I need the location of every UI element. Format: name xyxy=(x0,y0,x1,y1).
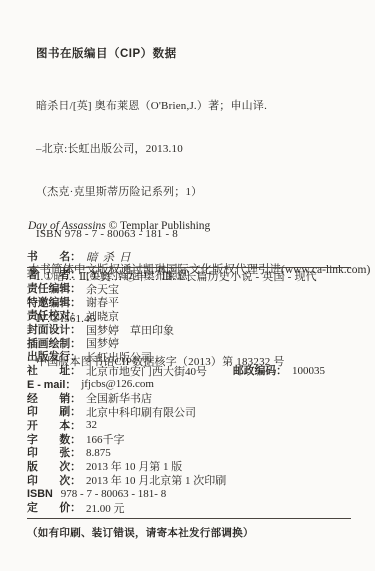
detail-label: 定 价： xyxy=(27,500,81,515)
detail-row-illustration: 插画绘制： 国梦婷 xyxy=(27,336,351,350)
original-imprint-line: Day of Assassins © Templar Publishing xyxy=(28,219,370,234)
detail-row-print-run: 印 次： 2013 年 10 月北京第 1 次印刷 xyxy=(27,473,351,487)
detail-row-sheets: 印 张： 8.875 xyxy=(27,446,351,460)
detail-row-proofreader: 责任校对： 刘晓京 xyxy=(27,309,351,323)
book-copyright-page: 图书在版编目（CIP）数据 暗杀日/[英] 奥布莱恩（O'Brien,J.）著；… xyxy=(0,0,375,571)
book-title-row: 书 名： 暗杀日 xyxy=(27,246,351,268)
original-english-title: Day of Assassins xyxy=(28,220,106,232)
book-title-value: 暗杀日 xyxy=(86,249,136,265)
detail-value: 2013 年 10 月北京第 1 次印刷 xyxy=(86,472,226,488)
publication-details: 书 名： 暗杀日 著 者： [英] 约翰尼·奥布莱恩 责任编辑： 余天宝 特邀编… xyxy=(27,246,351,540)
detail-row-isbn: ISBN 978 - 7 - 80063 - 181- 8 xyxy=(27,487,351,501)
detail-row-email: E - mail： jfjcbs@126.com xyxy=(27,378,351,392)
cip-line-publisher: –北京:长虹出版公司，2013.10 xyxy=(36,142,317,156)
imprint-credit: © Templar Publishing xyxy=(106,220,211,232)
cip-line-title-author: 暗杀日/[英] 奥布莱恩（O'Brien,J.）著；申山译. xyxy=(36,99,317,113)
detail-row-word-count: 字 数： 166千字 xyxy=(27,432,351,446)
book-title-label: 书 名： xyxy=(27,249,81,264)
detail-row-address: 社 址： 北京市地安门西大街40号 邮政编码： 100035 xyxy=(27,364,351,378)
detail-value: 978 - 7 - 80063 - 181- 8 xyxy=(61,488,166,500)
detail-row-author: 著 者： [英] 约翰尼·奥布莱恩 xyxy=(27,268,351,282)
postal-code-value: 100035 xyxy=(292,365,325,377)
detail-row-price: 定 价： 21.00 元 xyxy=(27,501,351,515)
detail-row-printing: 印 刷： 北京中科印刷有限公司 xyxy=(27,405,351,419)
detail-value: 8.875 xyxy=(86,447,111,459)
detail-row-guest-editor: 特邀编辑： 谢春平 xyxy=(27,295,351,309)
detail-value: 166千字 xyxy=(86,431,125,447)
detail-value: 北京市地安门西大街40号 xyxy=(86,363,207,379)
detail-label: 印 次： xyxy=(27,473,81,488)
misprint-exchange-note: （如有印刷、装订错误，请寄本社发行部调换） xyxy=(27,518,351,540)
cip-data-header: 图书在版编目（CIP）数据 xyxy=(36,45,177,61)
postal-code-label: 邮政编码： xyxy=(233,363,287,378)
detail-label: ISBN xyxy=(27,488,56,500)
detail-row-responsible-editor: 责任编辑： 余天宝 xyxy=(27,282,351,296)
detail-value: jfjcbs@126.com xyxy=(81,378,154,390)
detail-value: 32 xyxy=(86,419,97,431)
detail-row-cover-design: 封面设计： 国梦婷 草田印象 xyxy=(27,323,351,337)
detail-value: 21.00 元 xyxy=(86,500,125,516)
detail-value: 北京中科印刷有限公司 xyxy=(86,404,196,420)
detail-row-format: 开 本： 32 xyxy=(27,419,351,433)
